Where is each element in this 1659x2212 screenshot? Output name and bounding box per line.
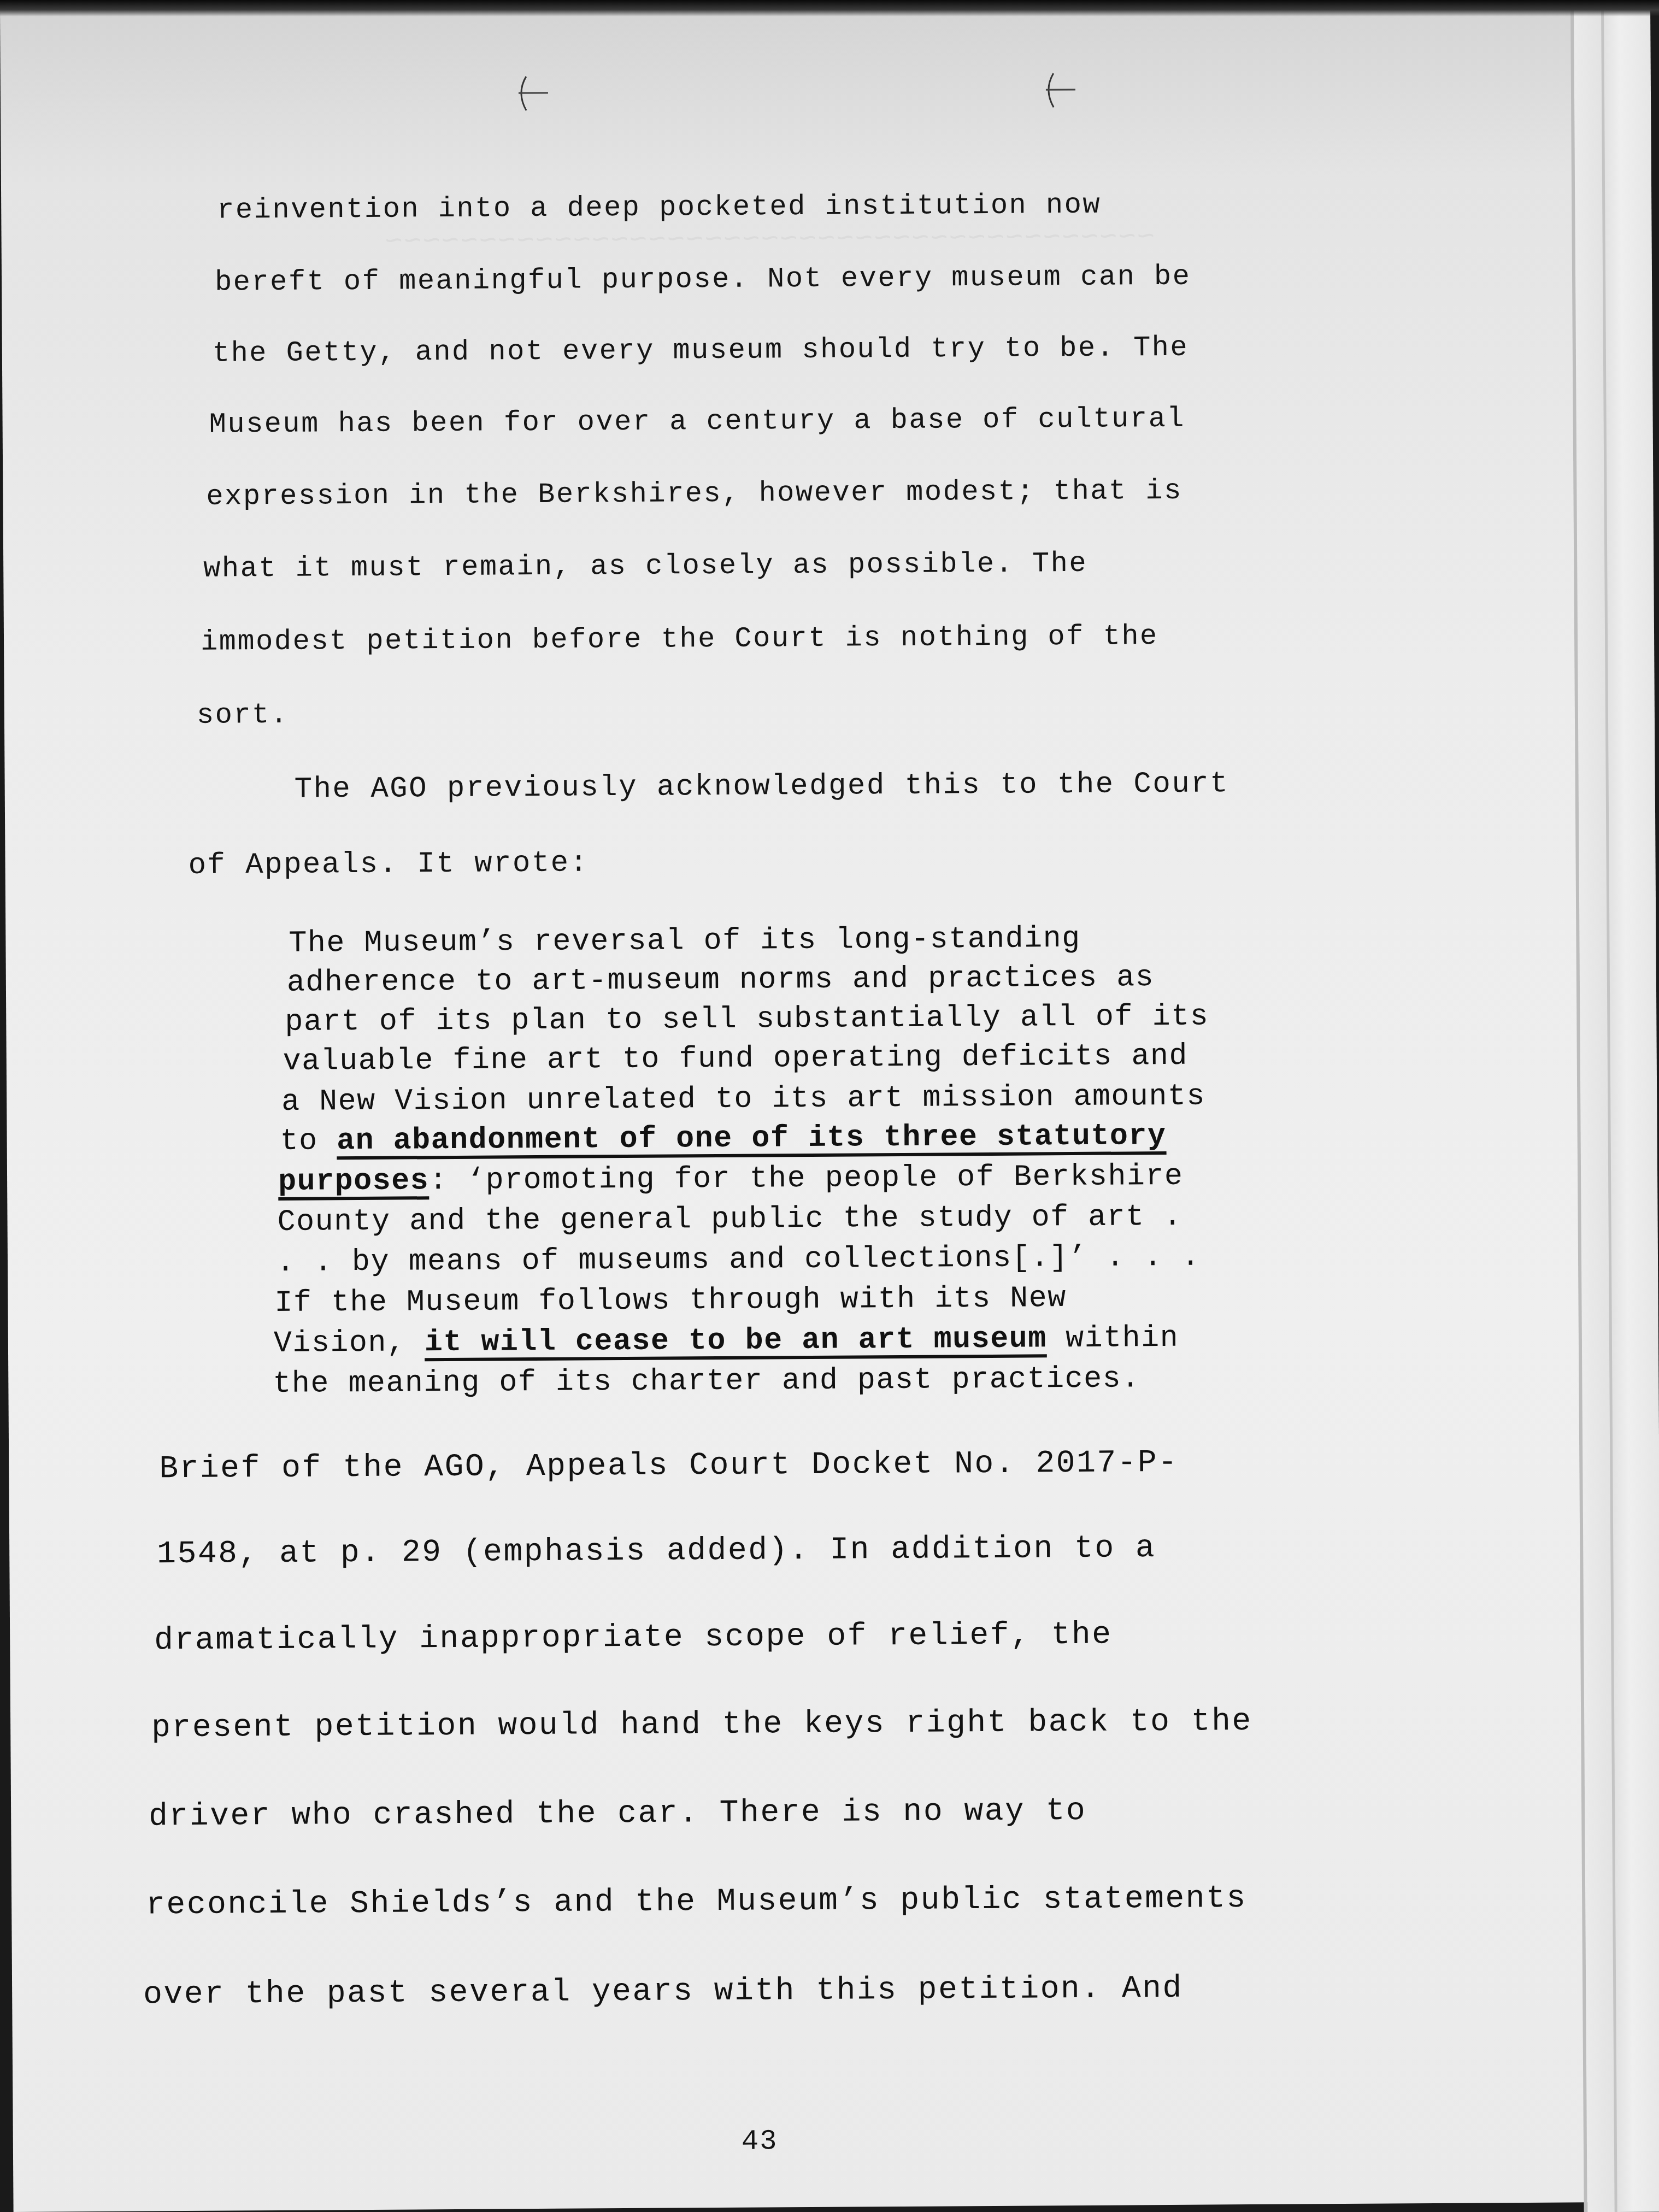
text-line: sort.: [197, 699, 289, 732]
text-line: reconcile Shields’s and the Museum’s pub…: [146, 1881, 1247, 1923]
document-page: ~~~~~~~~~~~~~~~~~~~~~~~~~~~~~~~~~~~~~~~~…: [0, 0, 1631, 2212]
quote-line: If the Museum follows through with its N…: [274, 1281, 1067, 1320]
quote-line: a New Vision unrelated to its art missio…: [281, 1079, 1205, 1119]
stacked-page-edge: [1570, 0, 1659, 2212]
text-line: what it must remain, as closely as possi…: [203, 548, 1087, 585]
emphasized-text: it will cease to be an art museum: [425, 1321, 1047, 1360]
quote-line: . . by means of museums and collections[…: [276, 1240, 1201, 1280]
text-line: driver who crashed the car. There is no …: [149, 1793, 1086, 1834]
emphasized-text: an abandonment of one of its three statu…: [337, 1119, 1167, 1158]
quote-text: within: [1046, 1321, 1179, 1356]
quote-line: the meaning of its charter and past prac…: [273, 1361, 1140, 1401]
text-line: Brief of the AGO, Appeals Court Docket N…: [159, 1445, 1179, 1487]
text-line: reinvention into a deep pocketed institu…: [217, 189, 1101, 227]
quote-line: purposes: ‘promoting for the people of B…: [278, 1159, 1184, 1199]
quote-text: to: [280, 1123, 337, 1158]
registration-mark-icon: [514, 71, 558, 115]
text-line: immodest petition before the Court is no…: [201, 620, 1158, 658]
emphasized-text: purposes: [278, 1163, 429, 1199]
quote-line: The Museum’s reversal of its long-standi…: [289, 921, 1081, 961]
quote-text: : ‘promoting for the people of Berkshire: [429, 1159, 1184, 1198]
text-line: bereft of meaningful purpose. Not every …: [215, 261, 1191, 299]
page-number: 43: [742, 2125, 778, 2157]
text-line: 1548, at p. 29 (emphasis added). In addi…: [157, 1531, 1156, 1572]
quote-line: Vision, it will cease to be an art museu…: [274, 1321, 1179, 1361]
text-line: expression in the Berkshires, however mo…: [206, 475, 1183, 513]
text-line: the Getty, and not every museum should t…: [213, 332, 1189, 370]
photo-top-shadow: [0, 0, 1659, 16]
text-line: Museum has been for over a century a bas…: [209, 403, 1185, 441]
quote-text: Vision,: [274, 1325, 425, 1361]
registration-mark-icon: [1042, 68, 1085, 111]
text-line: present petition would hand the keys rig…: [151, 1704, 1252, 1746]
text-line: of Appeals. It wrote:: [188, 846, 589, 882]
quote-line: part of its plan to sell substantially a…: [285, 999, 1209, 1039]
quote-line: adherence to art-museum norms and practi…: [287, 960, 1155, 1000]
text-line: over the past several years with this pe…: [143, 1971, 1183, 2013]
text-line: dramatically inappropriate scope of reli…: [154, 1617, 1113, 1659]
bleed-through-text: ~~~~~~~~~~~~~~~~~~~~~~~~~~~~~~~~~~~~~~~~…: [384, 221, 1155, 260]
quote-line: County and the general public the study …: [277, 1199, 1183, 1239]
quote-line: to an abandonment of one of its three st…: [280, 1119, 1166, 1158]
quote-line: valuable fine art to fund operating defi…: [283, 1039, 1189, 1079]
text-line: The AGO previously acknowledged this to …: [295, 767, 1229, 806]
